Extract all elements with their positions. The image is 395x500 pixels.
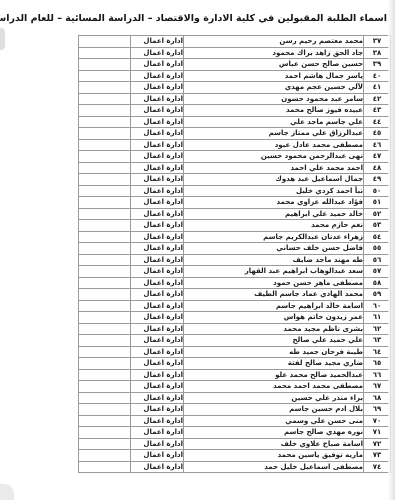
row-number: ٦١	[364, 312, 391, 324]
empty-cell	[79, 381, 131, 393]
department-label: ادارة اعمال	[131, 208, 184, 220]
table-row: ٧٤مصطفى اسماعيل خليل حمدادارة اعمال	[79, 461, 391, 473]
row-number: ٥٥	[364, 243, 391, 255]
student-name: عبيده فيوز صالح محمد	[184, 105, 364, 117]
department-label: ادارة اعمال	[131, 231, 184, 243]
student-name: خالد حميد علي ابراهيم	[184, 208, 364, 220]
row-number: ٧١	[364, 427, 391, 439]
row-number: ٥٩	[364, 289, 391, 301]
empty-cell	[79, 93, 131, 105]
table-row: ٤٨احمد محمد علي احمدادارة اعمال	[79, 162, 391, 174]
empty-cell	[79, 323, 131, 335]
student-name: محمد معتصم رحيم رسن	[184, 36, 364, 48]
row-number: ٤٤	[364, 116, 391, 128]
table-row: ٣٩حسين صالح حسن عباسادارة اعمال	[79, 59, 391, 71]
table-row: ٥٢خالد حميد علي ابراهيمادارة اعمال	[79, 208, 391, 220]
row-number: ٥٧	[364, 266, 391, 278]
student-name: اسامة صباح علاوي خلف	[184, 438, 364, 450]
empty-cell	[79, 197, 131, 209]
empty-cell	[79, 139, 131, 151]
empty-cell	[79, 116, 131, 128]
row-number: ٣٨	[364, 47, 391, 59]
department-label: ادارة اعمال	[131, 93, 184, 105]
scan-edge-shadow	[388, 0, 395, 500]
student-name: طيبة فرحان حميد طه	[184, 346, 364, 358]
table-row: ٦٢بشرى ناظم مجيد محمدادارة اعمال	[79, 323, 391, 335]
student-name: حسين صالح حسن عباس	[184, 59, 364, 71]
empty-cell	[79, 369, 131, 381]
table-row: ٤٩جمال اسماعيل عبد هدوكادارة اعمال	[79, 174, 391, 186]
department-label: ادارة اعمال	[131, 254, 184, 266]
empty-cell	[79, 266, 131, 278]
department-label: ادارة اعمال	[131, 151, 184, 163]
table-row: ٥٦طه مهند ماجد ضايفادارة اعمال	[79, 254, 391, 266]
table-row: ٤٥عبدالرزاق علي ممتاز جاسمادارة اعمال	[79, 128, 391, 140]
student-name: نغم حازم محمد	[184, 220, 364, 232]
department-label: ادارة اعمال	[131, 220, 184, 232]
empty-cell	[79, 450, 131, 462]
row-number: ٤٨	[364, 162, 391, 174]
empty-cell	[79, 461, 131, 473]
department-label: ادارة اعمال	[131, 346, 184, 358]
student-name: طه مهند ماجد ضايف	[184, 254, 364, 266]
student-name: احمد محمد علي احمد	[184, 162, 364, 174]
department-label: ادارة اعمال	[131, 289, 184, 301]
student-name: محمد الهادي عماد جاسم الطيف	[184, 289, 364, 301]
table-row: ٥٨مصطفى ماهر حسن حمودادارة اعمال	[79, 277, 391, 289]
department-label: ادارة اعمال	[131, 312, 184, 324]
row-number: ٦٥	[364, 358, 391, 370]
department-label: ادارة اعمال	[131, 139, 184, 151]
table-row: ٥٥فاضل حسن خلف حسانيادارة اعمال	[79, 243, 391, 255]
scan-smudge-bottom	[0, 484, 14, 500]
table-row: ٤٦مصطفى محمد عادل عبودادارة اعمال	[79, 139, 391, 151]
row-number: ٥٣	[364, 220, 391, 232]
row-number: ٧٢	[364, 438, 391, 450]
department-label: ادارة اعمال	[131, 277, 184, 289]
department-label: ادارة اعمال	[131, 427, 184, 439]
table-row: ٤٢سامر عبد محمود حسونادارة اعمال	[79, 93, 391, 105]
student-name: مصطفى محمد عادل عبود	[184, 139, 364, 151]
row-number: ٦٣	[364, 335, 391, 347]
table-row: ٥٧سعد عبدالوهاب ابراهيم عبد القهارادارة …	[79, 266, 391, 278]
department-label: ادارة اعمال	[131, 369, 184, 381]
student-name: علي جاسم ماجد علي	[184, 116, 364, 128]
table-row: ٣٨جاد الحق زاهد براك محمودادارة اعمال	[79, 47, 391, 59]
empty-cell	[79, 300, 131, 312]
table-row: ٧١نوره مهدي صالح جاسمادارة اعمال	[79, 427, 391, 439]
table-row: ٤٧نهى عبدالرحمن محمود حسينادارة اعمال	[79, 151, 391, 163]
empty-cell	[79, 231, 131, 243]
table-row: ٦١عمر زيدون حاتم هواسادارة اعمال	[79, 312, 391, 324]
empty-cell	[79, 151, 131, 163]
student-name: نوره مهدي صالح جاسم	[184, 427, 364, 439]
scan-smudge-left	[0, 28, 5, 50]
row-number: ٦٤	[364, 346, 391, 358]
table-row: ٤١لآلي حسين عجم مهديادارة اعمال	[79, 82, 391, 94]
department-label: ادارة اعمال	[131, 335, 184, 347]
empty-cell	[79, 404, 131, 416]
empty-cell	[79, 289, 131, 301]
empty-cell	[79, 36, 131, 48]
empty-cell	[79, 105, 131, 117]
student-name: لآلي حسين عجم مهدي	[184, 82, 364, 94]
row-number: ٤٦	[364, 139, 391, 151]
empty-cell	[79, 335, 131, 347]
row-number: ٥٨	[364, 277, 391, 289]
table-row: ٦٩بلال ادم حسين جاسمادارة اعمال	[79, 404, 391, 416]
student-name: مصطفى محمد احمد محمد	[184, 381, 364, 393]
row-number: ٥٤	[364, 231, 391, 243]
department-label: ادارة اعمال	[131, 174, 184, 186]
department-label: ادارة اعمال	[131, 461, 184, 473]
student-name: زهراء عدنان عبدالكريم جاسم	[184, 231, 364, 243]
table-row: ٥٩محمد الهادي عماد جاسم الطيفادارة اعمال	[79, 289, 391, 301]
row-number: ٧٣	[364, 450, 391, 462]
row-number: ٣٩	[364, 59, 391, 71]
empty-cell	[79, 243, 131, 255]
table-row: ٦٨براء منذر علي حسينادارة اعمال	[79, 392, 391, 404]
row-number: ٥١	[364, 197, 391, 209]
empty-cell	[79, 415, 131, 427]
student-name: بشرى ناظم مجيد محمد	[184, 323, 364, 335]
empty-cell	[79, 208, 131, 220]
table-row: ٦٥ضاري مجيد صالح لفتةادارة اعمال	[79, 358, 391, 370]
empty-cell	[79, 427, 131, 439]
student-name: ضاري مجيد صالح لفتة	[184, 358, 364, 370]
empty-cell	[79, 392, 131, 404]
empty-cell	[79, 254, 131, 266]
row-number: ٤٢	[364, 93, 391, 105]
table-row: ٥٤زهراء عدنان عبدالكريم جاسمادارة اعمال	[79, 231, 391, 243]
student-name: علي حميد علي صالح	[184, 335, 364, 347]
empty-cell	[79, 438, 131, 450]
student-name: عمر زيدون حاتم هواس	[184, 312, 364, 324]
empty-cell	[79, 358, 131, 370]
department-label: ادارة اعمال	[131, 47, 184, 59]
empty-cell	[79, 82, 131, 94]
row-number: ٧٠	[364, 415, 391, 427]
student-name: فاضل حسن خلف حساني	[184, 243, 364, 255]
department-label: ادارة اعمال	[131, 70, 184, 82]
student-name: مصطفى اسماعيل خليل حمد	[184, 461, 364, 473]
table-row: ٦٤طيبة فرحان حميد طهادارة اعمال	[79, 346, 391, 358]
student-name: عبدالرزاق علي ممتاز جاسم	[184, 128, 364, 140]
empty-cell	[79, 70, 131, 82]
department-label: ادارة اعمال	[131, 404, 184, 416]
department-label: ادارة اعمال	[131, 82, 184, 94]
student-name: نهى عبدالرحمن محمود حسين	[184, 151, 364, 163]
department-label: ادارة اعمال	[131, 185, 184, 197]
department-label: ادارة اعمال	[131, 36, 184, 48]
table-row: ٥٠نبأ احمد كردي خليلادارة اعمال	[79, 185, 391, 197]
row-number: ٥٠	[364, 185, 391, 197]
student-name: بلال ادم حسين جاسم	[184, 404, 364, 416]
department-label: ادارة اعمال	[131, 415, 184, 427]
table-row: ٣٧محمد معتصم رحيم رسنادارة اعمال	[79, 36, 391, 48]
department-label: ادارة اعمال	[131, 358, 184, 370]
empty-cell	[79, 185, 131, 197]
table-row: ٦٠اسامة خالد ابراهيم جاسمادارة اعمال	[79, 300, 391, 312]
empty-cell	[79, 174, 131, 186]
student-name: سعد عبدالوهاب ابراهيم عبد القهار	[184, 266, 364, 278]
table-row: ٤٠ياسر جمال هاشم احمدادارة اعمال	[79, 70, 391, 82]
student-name: مصطفى ماهر حسن حمود	[184, 277, 364, 289]
department-label: ادارة اعمال	[131, 438, 184, 450]
row-number: ٤٠	[364, 70, 391, 82]
row-number: ٦٧	[364, 381, 391, 393]
student-name: منى حسن علي وسمي	[184, 415, 364, 427]
department-label: ادارة اعمال	[131, 266, 184, 278]
student-name: جمال اسماعيل عبد هدوك	[184, 174, 364, 186]
row-number: ٦٢	[364, 323, 391, 335]
department-label: ادارة اعمال	[131, 116, 184, 128]
department-label: ادارة اعمال	[131, 243, 184, 255]
department-label: ادارة اعمال	[131, 392, 184, 404]
table-row: ٧٣ماريه توفيق ياسين محمدادارة اعمال	[79, 450, 391, 462]
empty-cell	[79, 47, 131, 59]
row-number: ٦٦	[364, 369, 391, 381]
department-label: ادارة اعمال	[131, 381, 184, 393]
student-name: ماريه توفيق ياسين محمد	[184, 450, 364, 462]
student-name: ياسر جمال هاشم احمد	[184, 70, 364, 82]
department-label: ادارة اعمال	[131, 323, 184, 335]
table-row: ٧٠منى حسن علي وسميادارة اعمال	[79, 415, 391, 427]
row-number: ٤٧	[364, 151, 391, 163]
student-name: جاد الحق زاهد براك محمود	[184, 47, 364, 59]
empty-cell	[79, 220, 131, 232]
student-name: سامر عبد محمود حسون	[184, 93, 364, 105]
table-row: ٦٧مصطفى محمد احمد محمدادارة اعمال	[79, 381, 391, 393]
empty-cell	[79, 277, 131, 289]
table-row: ٥١فؤاد عبدالله عزاوي محمدادارة اعمال	[79, 197, 391, 209]
empty-cell	[79, 162, 131, 174]
row-number: ٣٧	[364, 36, 391, 48]
table-row: ٥٣نغم حازم محمدادارة اعمال	[79, 220, 391, 232]
row-number: ٤٣	[364, 105, 391, 117]
department-label: ادارة اعمال	[131, 450, 184, 462]
empty-cell	[79, 59, 131, 71]
page-title: اسماء الطلبة المقبولين في كلية الادارة و…	[7, 13, 387, 24]
row-number: ٥٢	[364, 208, 391, 220]
student-name: عبدالحميد صالح محمد علو	[184, 369, 364, 381]
department-label: ادارة اعمال	[131, 128, 184, 140]
row-number: ٥٦	[364, 254, 391, 266]
students-table: ٣٧محمد معتصم رحيم رسنادارة اعمال٣٨جاد ال…	[78, 35, 391, 473]
row-number: ٧٤	[364, 461, 391, 473]
department-label: ادارة اعمال	[131, 59, 184, 71]
table-row: ٤٣عبيده فيوز صالح محمدادارة اعمال	[79, 105, 391, 117]
student-name: فؤاد عبدالله عزاوي محمد	[184, 197, 364, 209]
table-row: ٦٣علي حميد علي صالحادارة اعمال	[79, 335, 391, 347]
row-number: ٤٥	[364, 128, 391, 140]
empty-cell	[79, 128, 131, 140]
student-name: اسامة خالد ابراهيم جاسم	[184, 300, 364, 312]
document-page: { "page": { "title": "اسماء الطلبة المقب…	[0, 0, 395, 500]
department-label: ادارة اعمال	[131, 105, 184, 117]
students-table-body: ٣٧محمد معتصم رحيم رسنادارة اعمال٣٨جاد ال…	[79, 36, 391, 473]
department-label: ادارة اعمال	[131, 197, 184, 209]
table-row: ٧٢اسامة صباح علاوي خلفادارة اعمال	[79, 438, 391, 450]
row-number: ٦٩	[364, 404, 391, 416]
empty-cell	[79, 346, 131, 358]
student-name: نبأ احمد كردي خليل	[184, 185, 364, 197]
department-label: ادارة اعمال	[131, 162, 184, 174]
row-number: ٦٨	[364, 392, 391, 404]
department-label: ادارة اعمال	[131, 300, 184, 312]
table-row: ٦٦عبدالحميد صالح محمد علوادارة اعمال	[79, 369, 391, 381]
student-name: براء منذر علي حسين	[184, 392, 364, 404]
table-row: ٤٤علي جاسم ماجد عليادارة اعمال	[79, 116, 391, 128]
empty-cell	[79, 312, 131, 324]
row-number: ٦٠	[364, 300, 391, 312]
row-number: ٤١	[364, 82, 391, 94]
row-number: ٤٩	[364, 174, 391, 186]
